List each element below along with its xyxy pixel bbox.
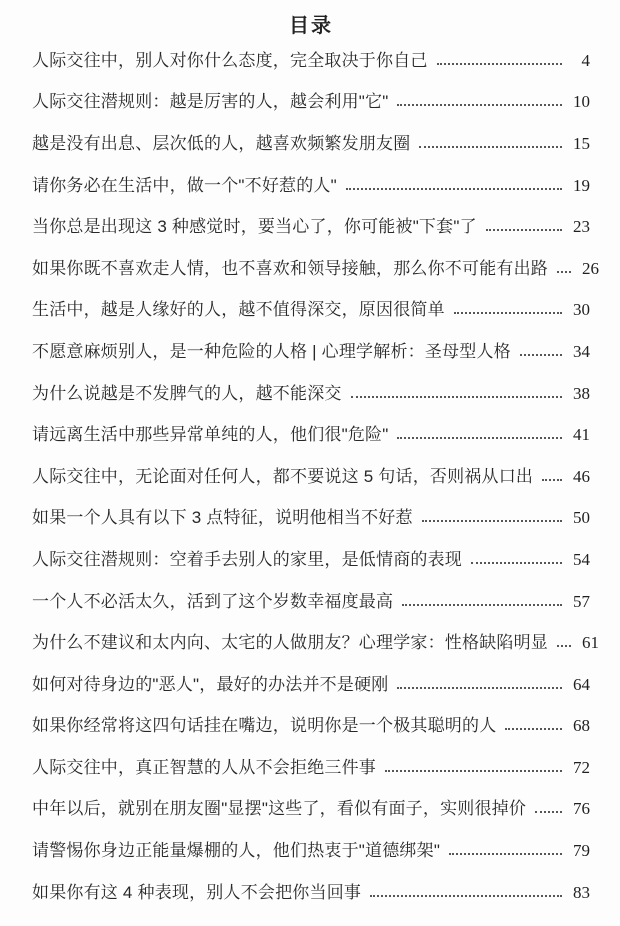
dotted-leader xyxy=(471,562,562,564)
toc-entry-page-number: 72 xyxy=(568,758,590,778)
dotted-leader xyxy=(437,63,562,65)
toc-entry-title: 请警惕你身边正能量爆棚的人，他们热衷于"道德绑架" xyxy=(32,840,440,862)
toc-list: 人际交往中，别人对你什么态度，完全取决于你自己 4 人际交往潜规则：越是厉害的人… xyxy=(32,40,590,913)
toc-entry-title: 为什么不建议和太内向、太宅的人做朋友？心理学家：性格缺陷明显 xyxy=(32,632,548,654)
toc-entry-page-number: 79 xyxy=(568,841,590,861)
toc-entry: 请你务必在生活中，做一个"不好惹的人" 19 xyxy=(32,165,590,207)
toc-entry: 人际交往中，真正智慧的人从不会拒绝三件事 72 xyxy=(32,747,590,789)
dotted-leader xyxy=(557,271,571,273)
toc-entry: 如果一个人具有以下 3 点特征，说明他相当不好惹 50 xyxy=(32,498,590,540)
dotted-leader xyxy=(505,728,562,730)
toc-entry: 如果你有这 4 种表现，别人不会把你当回事 83 xyxy=(32,872,590,914)
toc-entry-title: 一个人不必活太久，活到了这个岁数幸福度最高 xyxy=(32,591,393,613)
toc-entry: 人际交往潜规则：空着手去别人的家里，是低情商的表现 54 xyxy=(32,539,590,581)
toc-entry-page-number: 15 xyxy=(568,134,590,154)
toc-entry-page-number: 19 xyxy=(568,176,590,196)
dotted-leader xyxy=(454,312,562,314)
toc-entry-title: 人际交往潜规则：空着手去别人的家里，是低情商的表现 xyxy=(32,549,462,571)
toc-entry: 人际交往潜规则：越是厉害的人，越会利用"它" 10 xyxy=(32,82,590,124)
dotted-leader xyxy=(397,687,562,689)
toc-entry-title: 中年以后，就别在朋友圈"显摆"这些了，看似有面子，实则很掉价 xyxy=(32,798,526,820)
toc-entry: 一个人不必活太久，活到了这个岁数幸福度最高 57 xyxy=(32,581,590,623)
toc-entry-page-number: 34 xyxy=(568,342,590,362)
dotted-leader xyxy=(351,396,562,398)
toc-entry-page-number: 76 xyxy=(568,799,590,819)
toc-entry-title: 如果你有这 4 种表现，别人不会把你当回事 xyxy=(32,882,361,904)
toc-entry: 请远离生活中那些异常单纯的人，他们很"危险" 41 xyxy=(32,414,590,456)
dotted-leader xyxy=(486,229,562,231)
toc-entry: 当你总是出现这 3 种感觉时，要当心了，你可能被"下套"了 23 xyxy=(32,206,590,248)
dotted-leader xyxy=(520,354,562,356)
dotted-leader xyxy=(402,604,562,606)
dotted-leader xyxy=(449,853,562,855)
toc-entry-page-number: 30 xyxy=(568,300,590,320)
toc-entry: 请警惕你身边正能量爆棚的人，他们热衷于"道德绑架" 79 xyxy=(32,830,590,872)
dotted-leader xyxy=(542,479,562,481)
toc-entry: 为什么说越是不发脾气的人，越不能深交 38 xyxy=(32,373,590,415)
toc-entry-title: 不愿意麻烦别人，是一种危险的人格 | 心理学解析：圣母型人格 xyxy=(32,341,511,363)
toc-entry-page-number: 61 xyxy=(577,633,599,653)
toc-entry: 不愿意麻烦别人，是一种危险的人格 | 心理学解析：圣母型人格 34 xyxy=(32,331,590,373)
toc-entry-page-number: 26 xyxy=(577,259,599,279)
toc-entry: 人际交往中，无论面对任何人，都不要说这 5 句话，否则祸从口出 46 xyxy=(32,456,590,498)
toc-entry-title: 请远离生活中那些异常单纯的人，他们很"危险" xyxy=(32,424,388,446)
dotted-leader xyxy=(419,146,562,148)
toc-entry-page-number: 46 xyxy=(568,467,590,487)
toc-entry: 人际交往中，别人对你什么态度，完全取决于你自己 4 xyxy=(32,40,590,82)
toc-entry-page-number: 10 xyxy=(568,92,590,112)
toc-entry-title: 如果你经常将这四句话挂在嘴边，说明你是一个极其聪明的人 xyxy=(32,715,496,737)
toc-entry-page-number: 57 xyxy=(568,592,590,612)
toc-entry-page-number: 23 xyxy=(568,217,590,237)
toc-entry-page-number: 50 xyxy=(568,508,590,528)
dotted-leader xyxy=(557,645,571,647)
toc-entry-page-number: 41 xyxy=(568,425,590,445)
toc-entry-page-number: 54 xyxy=(568,550,590,570)
dotted-leader xyxy=(370,895,562,897)
dotted-leader xyxy=(385,770,562,772)
toc-entry: 如果你既不喜欢走人情，也不喜欢和领导接触，那么你不可能有出路 26 xyxy=(32,248,590,290)
toc-entry-page-number: 68 xyxy=(568,716,590,736)
toc-entry: 如何对待身边的"恶人"，最好的办法并不是硬刚 64 xyxy=(32,664,590,706)
toc-entry-title: 人际交往中，无论面对任何人，都不要说这 5 句话，否则祸从口出 xyxy=(32,466,533,488)
dotted-leader xyxy=(535,811,562,813)
toc-page: 目录 人际交往中，别人对你什么态度，完全取决于你自己 4 人际交往潜规则：越是厉… xyxy=(0,0,620,926)
dotted-leader xyxy=(397,437,562,439)
toc-entry-title: 为什么说越是不发脾气的人，越不能深交 xyxy=(32,383,342,405)
dotted-leader xyxy=(422,520,562,522)
toc-entry: 越是没有出息、层次低的人，越喜欢频繁发朋友圈 15 xyxy=(32,123,590,165)
toc-entry-title: 人际交往中，真正智慧的人从不会拒绝三件事 xyxy=(32,757,376,779)
toc-entry-title: 生活中，越是人缘好的人，越不值得深交，原因很简单 xyxy=(32,299,445,321)
toc-entry-title: 当你总是出现这 3 种感觉时，要当心了，你可能被"下套"了 xyxy=(32,216,477,238)
toc-entry: 中年以后，就别在朋友圈"显摆"这些了，看似有面子，实则很掉价 76 xyxy=(32,789,590,831)
toc-entry-title: 人际交往中，别人对你什么态度，完全取决于你自己 xyxy=(32,50,428,72)
toc-entry: 为什么不建议和太内向、太宅的人做朋友？心理学家：性格缺陷明显 61 xyxy=(32,622,590,664)
toc-entry-title: 请你务必在生活中，做一个"不好惹的人" xyxy=(32,175,337,197)
toc-entry-title: 如何对待身边的"恶人"，最好的办法并不是硬刚 xyxy=(32,674,388,696)
toc-entry-page-number: 38 xyxy=(568,384,590,404)
toc-entry-title: 人际交往潜规则：越是厉害的人，越会利用"它" xyxy=(32,91,388,113)
toc-entry-page-number: 4 xyxy=(568,51,590,71)
toc-entry-page-number: 83 xyxy=(568,883,590,903)
toc-entry: 生活中，越是人缘好的人，越不值得深交，原因很简单 30 xyxy=(32,290,590,332)
toc-entry-title: 越是没有出息、层次低的人，越喜欢频繁发朋友圈 xyxy=(32,133,410,155)
toc-entry-title: 如果一个人具有以下 3 点特征，说明他相当不好惹 xyxy=(32,507,413,529)
dotted-leader xyxy=(397,104,562,106)
dotted-leader xyxy=(346,188,562,190)
toc-entry: 如果你经常将这四句话挂在嘴边，说明你是一个极其聪明的人 68 xyxy=(32,706,590,748)
toc-entry-title: 如果你既不喜欢走人情，也不喜欢和领导接触，那么你不可能有出路 xyxy=(32,258,548,280)
toc-entry-page-number: 64 xyxy=(568,675,590,695)
page-title: 目录 xyxy=(32,13,590,39)
